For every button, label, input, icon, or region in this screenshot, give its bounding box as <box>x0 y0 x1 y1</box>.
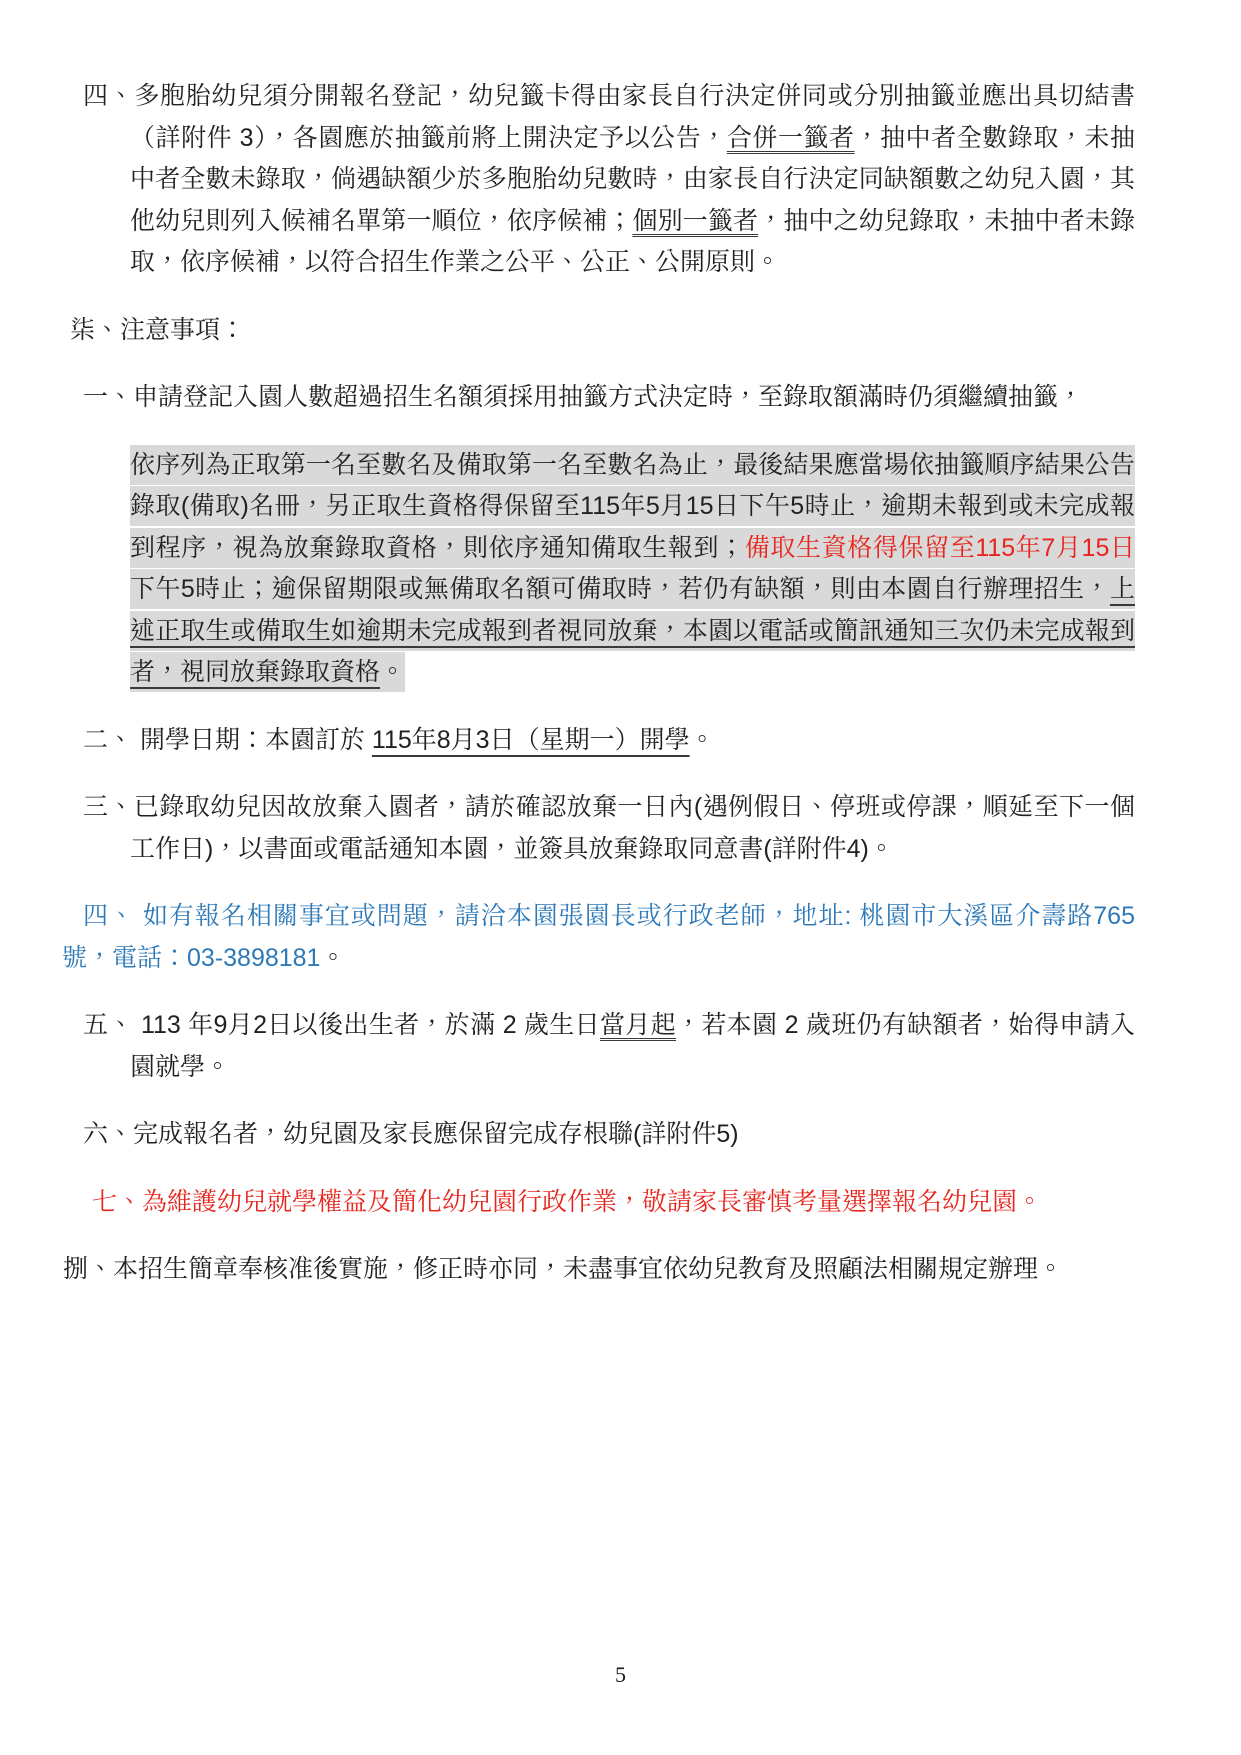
note-item-7-reminder: 七、為維護幼兒就學權益及簡化幼兒園行政作業，敬請家長審慎考量選擇報名幼兒園。 <box>92 1182 1135 1224</box>
note-item-3-withdrawal: 三、已錄取幼兒因故放棄入園者，請於確認放棄一日內(遇例假日、停班或停課，順延至下… <box>62 787 1135 870</box>
term-merged-lot: 合併一籤者 <box>727 124 855 152</box>
seg-text: 。 <box>380 652 405 692</box>
note-item-2-school-start: 二、 開學日期：本園訂於 115年8月3日（星期一）開學。 <box>62 720 1135 762</box>
seg-text: 。 <box>320 944 345 972</box>
section-heading-notes: 柒、注意事項： <box>70 310 1135 352</box>
note-highlight-retention: 依序列為正取第一名至數名及備取第一名至數名為止，最後結果應當場依抽籤順序結果公告… <box>130 445 1135 694</box>
term-from-birth-month: 當月起 <box>600 1011 676 1039</box>
heading-text: 柒、注意事項： <box>70 316 245 344</box>
seg-text: 。 <box>690 726 715 754</box>
para-final-provisions: 捌、本招生簡章奉核准後實施，修正時亦同，未盡事宜依幼兒教育及照顧法相關規定辦理。 <box>63 1249 1135 1291</box>
seg-text: 三、已錄取幼兒因故放棄入園者，請於確認放棄一日內(遇例假日、停班或停課，順延至下… <box>83 793 1135 863</box>
note-item-1-lottery: 一、申請登記入園人數超過招生名額須採用抽籤方式決定時，至錄取額滿時仍須繼續抽籤， <box>62 377 1135 419</box>
term-individual-lot: 個別一籤者 <box>632 207 758 235</box>
note-item-6-receipt-stub: 六、完成報名者，幼兒園及家長應保留完成存根聯(詳附件5) <box>62 1114 1135 1156</box>
para-multiple-birth-registration: 四、多胞胎幼兒須分開報名登記，幼兒籤卡得由家長自行決定併同或分別抽籤並應出具切結… <box>62 76 1135 284</box>
start-date-underline: 115年8月3日（星期一）開學 <box>372 726 690 754</box>
seg-text: 五、 113 年9月2日以後出生者，於滿 2 歲生日 <box>83 1011 600 1039</box>
retention-deadline-red-text: 備取生資格得保留至115年7月15日 <box>744 528 1135 568</box>
reminder-red-text: 七、為維護幼兒就學權益及簡化幼兒園行政作業，敬請家長審慎考量選擇報名幼兒園。 <box>92 1188 1042 1216</box>
note-item-5-age-eligibility: 五、 113 年9月2日以後出生者，於滿 2 歲生日當月起，若本園 2 歲班仍有… <box>62 1005 1135 1088</box>
seg-text: 六、完成報名者，幼兒園及家長應保留完成存根聯(詳附件5) <box>83 1120 739 1148</box>
seg-text: 一、申請登記入園人數超過招生名額須採用抽籤方式決定時，至錄取額滿時仍須繼續抽籤， <box>83 383 1083 411</box>
page-number: 5 <box>615 1662 626 1688</box>
doc-page: 四、多胞胎幼兒須分開報名登記，幼兒籤卡得由家長自行決定併同或分別抽籤並應出具切結… <box>0 0 1241 1755</box>
seg-text: 下午5時止；逾保留期限或無備取名額可備取時，若仍有缺額，則由本園自行辦理招生， <box>130 569 1110 609</box>
contact-info-blue-text: 四、 如有報名相關事宜或問題，請洽本園張園長或行政老師，地址: 桃園市大溪區介壽… <box>62 902 1135 972</box>
note-item-4-contact: 四、 如有報名相關事宜或問題，請洽本園張園長或行政老師，地址: 桃園市大溪區介壽… <box>62 896 1135 979</box>
seg-text: 二、 開學日期：本園訂於 <box>83 726 372 754</box>
seg-text: 捌、本招生簡章奉核准後實施，修正時亦同，未盡事宜依幼兒教育及照顧法相關規定辦理。 <box>63 1255 1063 1283</box>
